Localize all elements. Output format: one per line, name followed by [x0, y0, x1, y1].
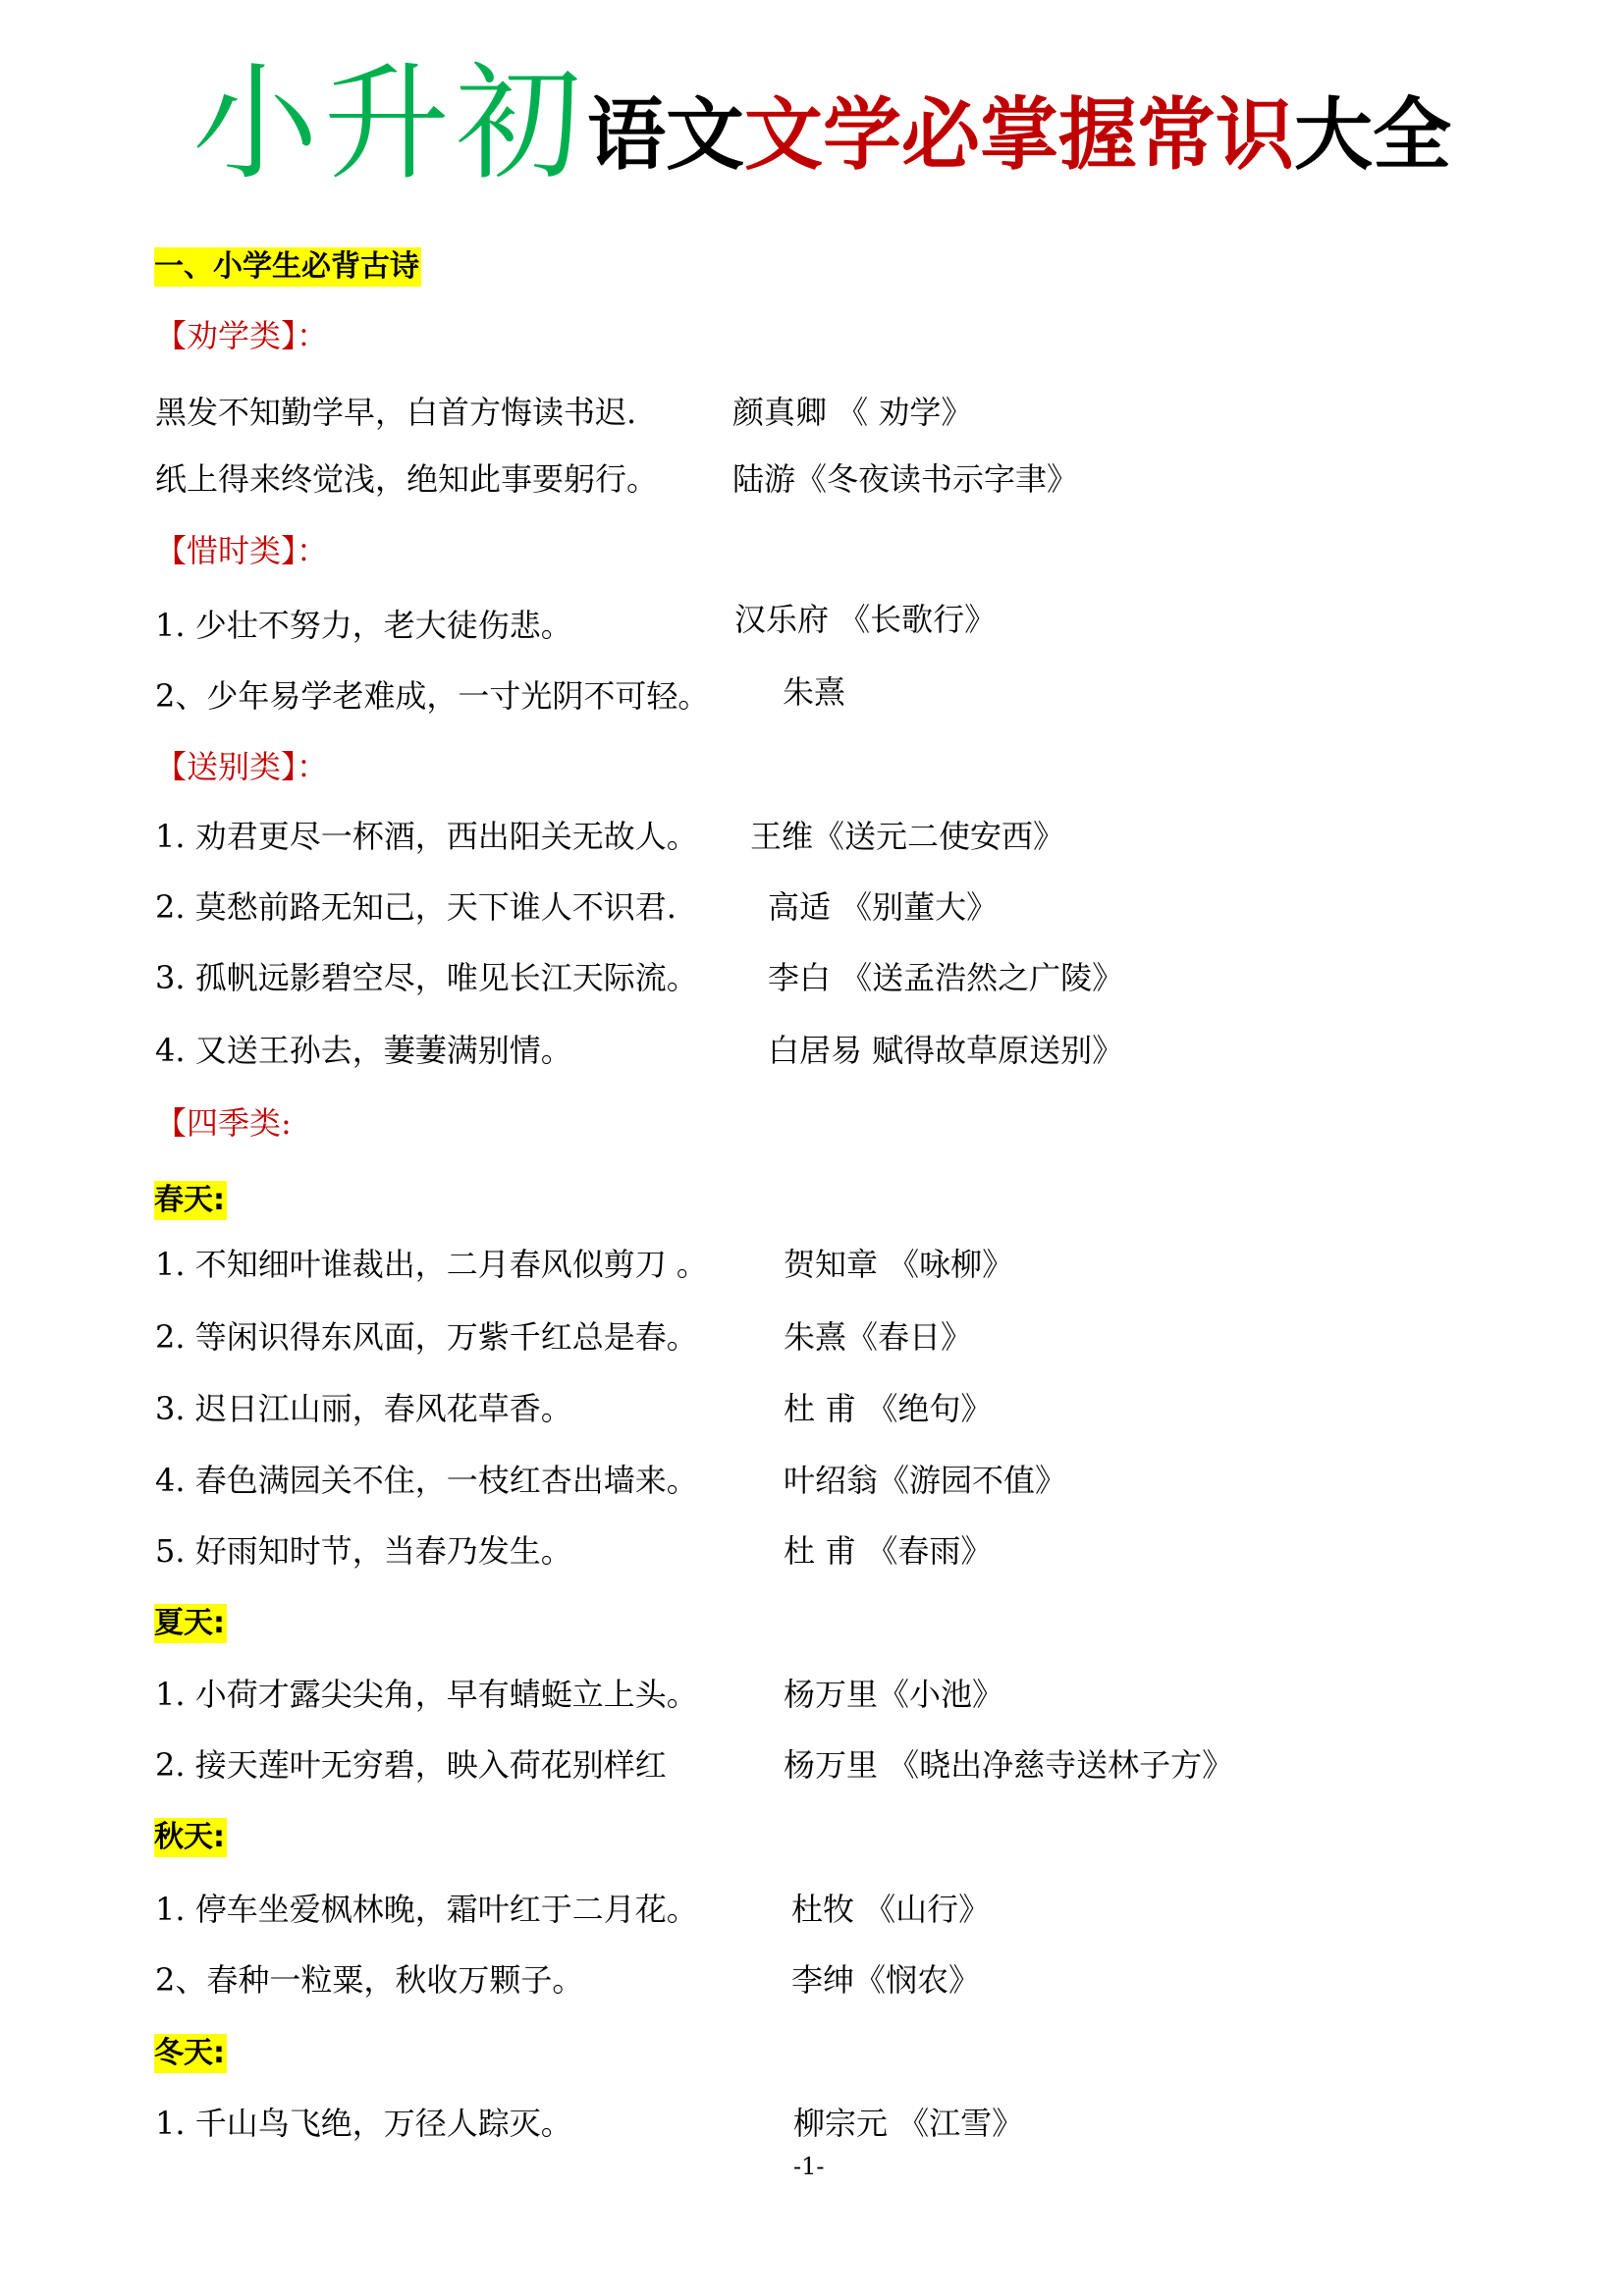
poem-source: 朱熹《春日》: [784, 1317, 972, 1357]
poem-line: 黑发不知勤学早，白首方悔读书迟.: [155, 393, 636, 432]
poem-source: 贺知章 《咏柳》: [784, 1245, 1013, 1284]
poem-line: 1. 少壮不努力，老大徒伤悲。: [155, 606, 572, 645]
poem-line: 1. 劝君更尽一杯酒，西出阳关无故人。: [155, 817, 698, 856]
poem-source: 杨万里 《晓出净慈寺送林子方》: [784, 1745, 1233, 1785]
poem-source: 陆游《冬夜读书示字聿》: [732, 459, 1078, 499]
poem-line: 3. 孤帆远影碧空尽，唯见长江天际流。: [155, 958, 698, 997]
poem-line: 2、少年易学老难成，一寸光阴不可轻。: [155, 676, 709, 716]
category-label-siji: 【四季类:: [155, 1103, 292, 1143]
poem-line: 2、春种一粒粟，秋收万颗子。: [155, 1960, 583, 2000]
section-heading: 一、小学生必背古诗: [154, 247, 421, 287]
poem-source: 李白 《送孟浩然之广陵》: [768, 958, 1123, 997]
poem-line: 4. 春色满园关不住，一枝红杏出墙来。: [155, 1461, 698, 1500]
poem-source: 叶绍翁《游园不值》: [784, 1461, 1066, 1500]
poem-line: 5. 好雨知时节，当春乃发生。: [155, 1531, 572, 1571]
poem-source: 白居易 赋得故草原送别》: [768, 1031, 1123, 1070]
season-label-summer: 夏天:: [154, 1604, 227, 1643]
title-red-part: 文学必掌握常识: [744, 88, 1294, 183]
poem-line: 1. 停车坐爱枫林晚，霜叶红于二月花。: [155, 1890, 698, 1929]
title-green-part: 小升初: [192, 61, 587, 188]
poem-line: 1. 不知细叶谁裁出，二月春风似剪刀 。: [155, 1245, 708, 1284]
poem-source: 杜牧 《山行》: [791, 1890, 990, 1929]
poem-line: 4. 又送王孙去，萋萋满别情。: [155, 1031, 572, 1070]
poem-line: 2. 等闲识得东风面，万紫千红总是春。: [155, 1317, 698, 1357]
category-label-xishi: 【惜时类】：: [155, 531, 328, 570]
page-number: -1-: [793, 2152, 825, 2181]
poem-source: 柳宗元 《江雪》: [793, 2104, 1023, 2143]
season-label-autumn: 秋天:: [154, 1818, 227, 1857]
poem-line: 3. 迟日江山丽，春风花草香。: [155, 1389, 572, 1428]
poem-source: 王维《送元二使安西》: [750, 817, 1064, 856]
season-label-winter: 冬天:: [154, 2034, 227, 2073]
poem-source: 颜真卿 《 劝学》: [732, 393, 972, 432]
category-label-songbie: 【送别类】：: [155, 747, 328, 786]
document-title: 小升初 语文 文学必掌握常识 大全: [192, 61, 1451, 188]
poem-source: 杜 甫 《绝句》: [784, 1389, 992, 1428]
poem-line: 2. 莫愁前路无知己，天下谁人不识君.: [155, 887, 677, 927]
poem-line: 1. 千山鸟飞绝，万径人踪灭。: [155, 2104, 572, 2143]
title-black-part-1: 语文: [587, 88, 744, 183]
title-black-part-2: 大全: [1294, 88, 1451, 183]
poem-line: 纸上得来终觉浅，绝知此事要躬行。: [155, 459, 658, 499]
poem-source: 李绅《悯农》: [791, 1960, 980, 2000]
poem-source: 杜 甫 《春雨》: [784, 1531, 992, 1571]
poem-line: 2. 接天莲叶无穷碧，映入荷花别样红: [155, 1745, 667, 1785]
season-label-spring: 春天:: [154, 1181, 227, 1220]
poem-line: 1. 小荷才露尖尖角，早有蜻蜓立上头。: [155, 1675, 698, 1714]
category-label-quanxue: 【劝学类】：: [155, 316, 328, 355]
poem-source: 杨万里《小池》: [784, 1675, 1003, 1714]
poem-source: 高适 《别董大》: [768, 887, 998, 927]
poem-source: 朱熹: [783, 672, 845, 712]
poem-source: 汉乐府 《长歌行》: [734, 600, 996, 639]
